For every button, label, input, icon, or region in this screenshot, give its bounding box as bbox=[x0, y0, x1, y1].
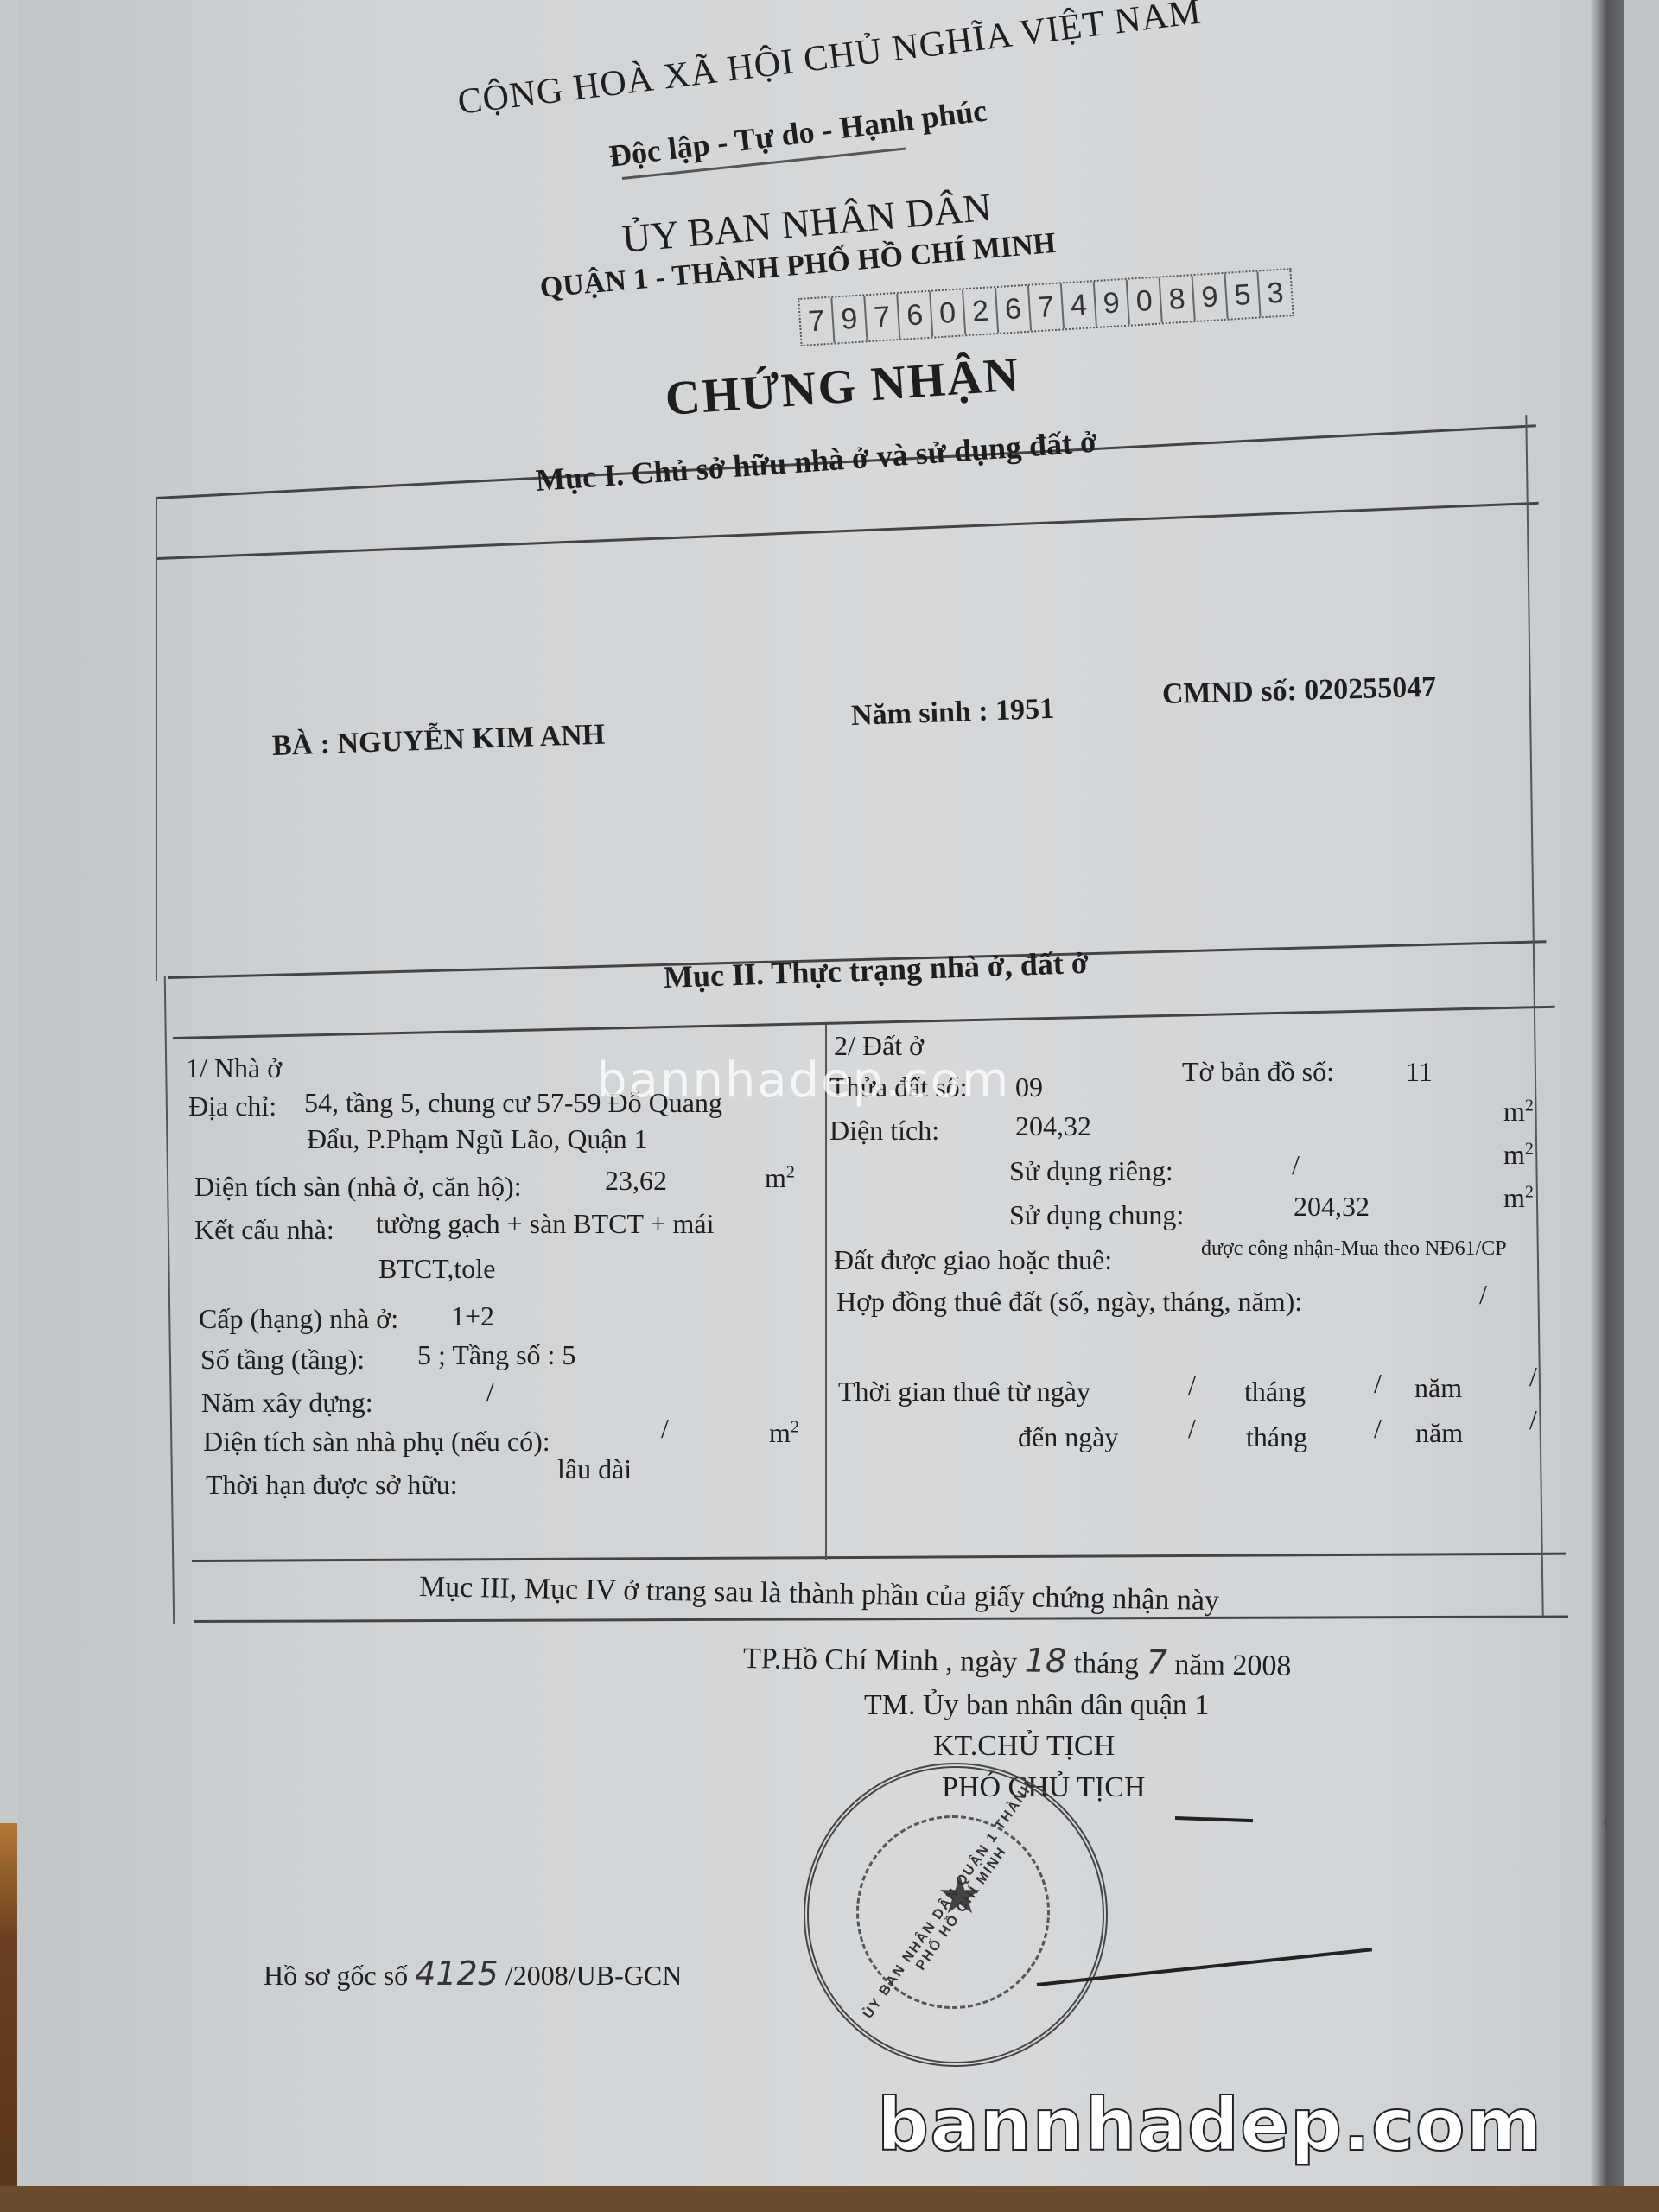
lease-from-year-label: năm bbox=[1414, 1372, 1462, 1404]
aux-area-value: / bbox=[661, 1413, 669, 1445]
serial-digit: 6 bbox=[898, 292, 933, 339]
serial-digit: 5 bbox=[1225, 271, 1261, 318]
serial-digit: 7 bbox=[799, 298, 835, 345]
floors-value: 5 ; Tầng số : 5 bbox=[417, 1339, 575, 1371]
year-built-label: Năm xây dựng: bbox=[201, 1387, 373, 1419]
serial-digit: 3 bbox=[1258, 270, 1292, 316]
house-address-line2: Đẩu, P.Phạm Ngũ Lão, Quận 1 bbox=[307, 1123, 648, 1155]
house-address-label: Địa chỉ: bbox=[188, 1090, 276, 1122]
serial-digit: 9 bbox=[1193, 274, 1229, 321]
lease-contract-label: Hợp đồng thuê đất (số, ngày, tháng, năm)… bbox=[836, 1286, 1302, 1318]
shared-use-value: 204,32 bbox=[1294, 1191, 1370, 1223]
house-heading: 1/ Nhà ở bbox=[186, 1052, 282, 1084]
lease-to-day: / bbox=[1188, 1413, 1196, 1445]
signer-authority: TM. Ủy ban nhân dân quận 1 bbox=[864, 1689, 1209, 1722]
land-area-label: Diện tích: bbox=[829, 1115, 939, 1147]
structure-line2: BTCT,tole bbox=[378, 1253, 495, 1285]
grade-label: Cấp (hạng) nhà ở: bbox=[199, 1303, 398, 1335]
serial-digit: 6 bbox=[996, 286, 1032, 333]
issue-date: TP.Hồ Chí Minh , ngày 18 tháng 7 năm 200… bbox=[743, 1637, 1292, 1683]
shared-use-unit: m2 bbox=[1503, 1182, 1534, 1214]
serial-digit: 8 bbox=[1160, 276, 1196, 322]
map-sheet-value: 11 bbox=[1406, 1056, 1433, 1088]
private-use-unit: m2 bbox=[1503, 1139, 1534, 1171]
serial-digit: 0 bbox=[931, 289, 966, 336]
lease-to-year: / bbox=[1529, 1404, 1537, 1436]
floor-area-label: Diện tích sàn (nhà ở, căn hộ): bbox=[194, 1171, 522, 1203]
serial-digit: 7 bbox=[865, 294, 900, 340]
land-area-unit: m2 bbox=[1503, 1096, 1534, 1128]
lease-to-month-label: tháng bbox=[1246, 1421, 1307, 1453]
tenure-value: lâu dài bbox=[557, 1453, 632, 1485]
structure-line1: tường gạch + sàn BTCT + mái bbox=[376, 1208, 715, 1240]
watermark-faint: bannhadep.com bbox=[596, 1052, 1011, 1109]
serial-digit: 7 bbox=[1029, 283, 1065, 330]
serial-digit: 4 bbox=[1062, 282, 1097, 328]
private-use-value: / bbox=[1292, 1149, 1300, 1181]
shared-use-label: Sử dụng chung: bbox=[1009, 1199, 1184, 1231]
serial-digit: 2 bbox=[963, 288, 999, 334]
lease-from-month-label: tháng bbox=[1244, 1376, 1306, 1408]
signer-title-1: KT.CHỦ TỊCH bbox=[933, 1730, 1115, 1763]
floors-label: Số tầng (tầng): bbox=[200, 1344, 365, 1376]
lease-to-month: / bbox=[1374, 1413, 1382, 1445]
lease-to-label: đến ngày bbox=[1018, 1421, 1118, 1453]
watermark-logo: bannhadep.com bbox=[877, 2082, 1542, 2167]
aux-area-unit: m2 bbox=[769, 1417, 799, 1449]
allocation-value: được công nhận-Mua theo NĐ61/CP bbox=[1201, 1237, 1507, 1261]
serial-digit: 9 bbox=[832, 296, 868, 342]
map-sheet-label: Tờ bản đồ số: bbox=[1182, 1056, 1334, 1088]
lease-contract-value: / bbox=[1479, 1279, 1487, 1311]
parcel-value: 09 bbox=[1015, 1071, 1043, 1103]
structure-label: Kết cấu nhà: bbox=[194, 1214, 334, 1246]
year-built-value: / bbox=[486, 1376, 494, 1408]
next-page-edge bbox=[1624, 0, 1659, 2212]
background-table-edge bbox=[0, 2186, 1659, 2212]
grade-value: 1+2 bbox=[451, 1300, 494, 1332]
lease-from-month: / bbox=[1374, 1368, 1382, 1400]
lease-from-year: / bbox=[1529, 1361, 1537, 1393]
serial-digit: 9 bbox=[1095, 280, 1130, 327]
table-left-edge bbox=[156, 497, 157, 981]
file-reference: Hồ sơ gốc số 4125 /2008/UB-GCN bbox=[264, 1955, 682, 1993]
allocation-label: Đất được giao hoặc thuê: bbox=[834, 1244, 1112, 1276]
official-seal: ★ ỦY BAN NHÂN DÂN QUẬN 1 THÀNH PHỐ HỒ CH… bbox=[804, 1763, 1108, 2067]
lease-from-label: Thời gian thuê từ ngày bbox=[838, 1376, 1090, 1408]
floor-area-value: 23,62 bbox=[605, 1165, 667, 1197]
floor-area-unit: m2 bbox=[765, 1162, 795, 1194]
aux-area-label: Diện tích sàn nhà phụ (nếu có): bbox=[203, 1426, 550, 1458]
tenure-label: Thời hạn được sở hữu: bbox=[206, 1469, 458, 1501]
lease-from-day: / bbox=[1188, 1370, 1196, 1402]
private-use-label: Sử dụng riêng: bbox=[1009, 1155, 1173, 1187]
page-fold-shadow bbox=[1590, 0, 1624, 2212]
lease-to-year-label: năm bbox=[1415, 1417, 1463, 1449]
land-area-value: 204,32 bbox=[1015, 1110, 1091, 1142]
serial-digit: 0 bbox=[1128, 277, 1163, 324]
